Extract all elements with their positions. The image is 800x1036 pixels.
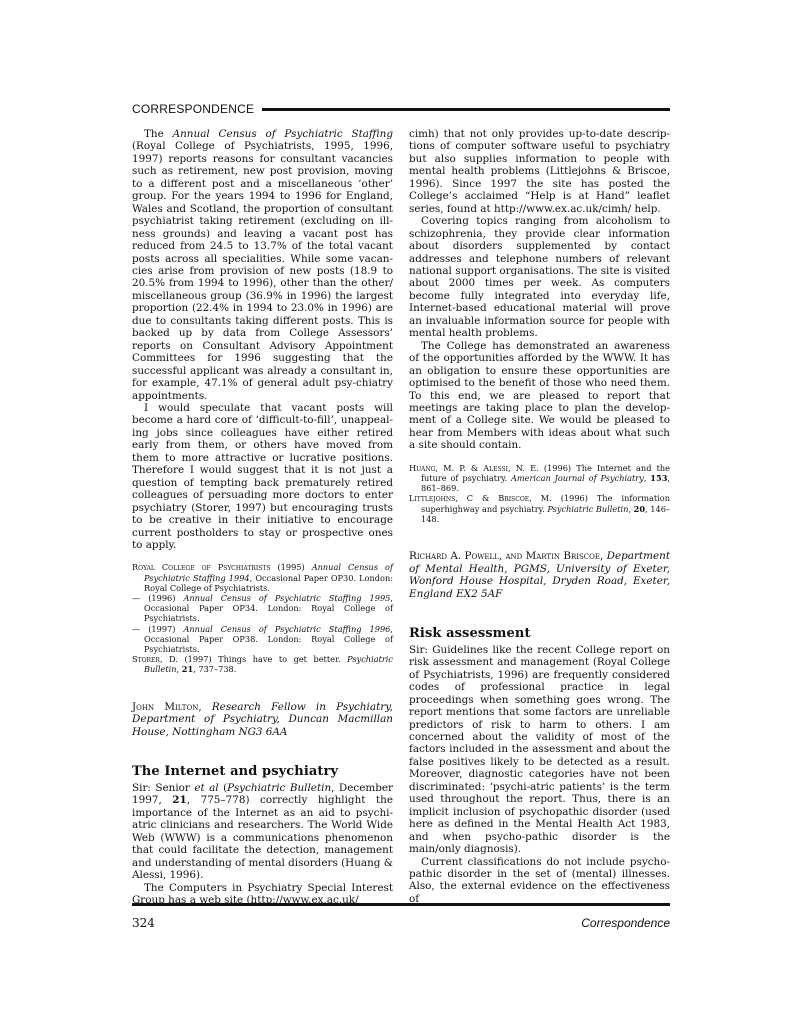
- reference-item: — (1997) Annual Census of Psychiatric St…: [132, 624, 393, 655]
- paragraph: The College has demonstrated an awarenes…: [409, 340, 670, 452]
- paragraph: Sir: Senior et al (Psychiatric Bulletin,…: [132, 782, 393, 882]
- author-signature: John Milton, Research Fellow in Psychiat…: [132, 701, 393, 739]
- paragraph: I would speculate that vacant posts will…: [132, 402, 393, 551]
- right-column: cimh) that not only provides up-to-date …: [409, 128, 670, 906]
- paragraph: The Annual Census of Psychiatric Staffin…: [132, 128, 393, 402]
- paragraph: Sir: Guidelines like the recent College …: [409, 644, 670, 856]
- journal-page: CORRESPONDENCE The Annual Census of Psyc…: [132, 100, 670, 118]
- paragraph: cimh) that not only provides up-to-date …: [409, 128, 670, 215]
- footer-section-label: Correspondence: [581, 916, 670, 930]
- reference-item: Huang, M. P. & Alessi, N. E. (1996) The …: [409, 463, 670, 494]
- running-header: CORRESPONDENCE: [132, 100, 670, 118]
- author-signature: Richard A. Powell, and Martin Briscoe, D…: [409, 550, 670, 600]
- page-number: 324: [132, 916, 155, 930]
- reference-list: Huang, M. P. & Alessi, N. E. (1996) The …: [409, 463, 670, 524]
- two-column-body: The Annual Census of Psychiatric Staffin…: [132, 128, 670, 906]
- reference-item: — (1996) Annual Census of Psychiatric St…: [132, 593, 393, 624]
- header-rule: [262, 108, 670, 111]
- letter-title: The Internet and psychiatry: [132, 766, 393, 778]
- reference-item: Littlejohns, C & Briscoe, M. (1996) The …: [409, 493, 670, 524]
- paragraph: Current classifications do not include p…: [409, 856, 670, 906]
- letter-title: Risk assessment: [409, 628, 670, 640]
- paragraph: Covering topics ranging from alcoholism …: [409, 215, 670, 340]
- reference-item: Royal College of Psychiatrists (1995) An…: [132, 562, 393, 593]
- section-label: CORRESPONDENCE: [132, 102, 254, 116]
- reference-list: Royal College of Psychiatrists (1995) An…: [132, 562, 393, 674]
- running-footer: 324 Correspondence: [132, 903, 670, 930]
- reference-item: Storer, D. (1997) Things have to get bet…: [132, 654, 393, 674]
- left-column: The Annual Census of Psychiatric Staffin…: [132, 128, 393, 906]
- footer-rule: [132, 903, 670, 906]
